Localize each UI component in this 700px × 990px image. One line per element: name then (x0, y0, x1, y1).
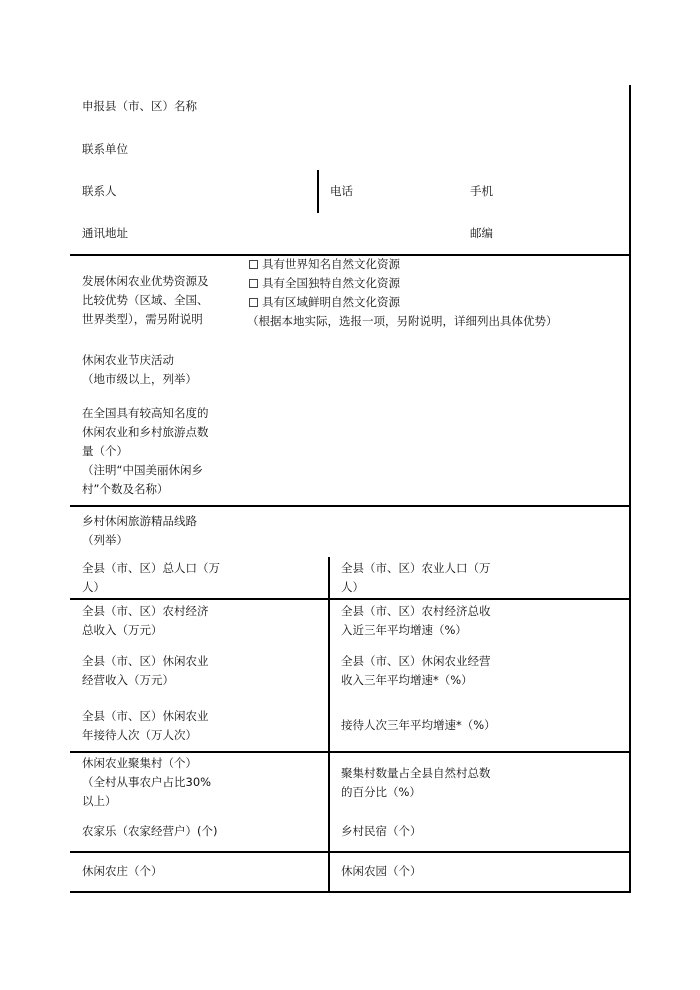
rural-income-label: 全县（市、区）农村经济 (82, 602, 209, 621)
phone-label: 电话 (330, 182, 353, 201)
leisure-income-label-2: 经营收入（万元） (82, 671, 174, 690)
checkbox-icon[interactable] (249, 279, 258, 288)
checkbox-icon[interactable] (249, 298, 258, 307)
cluster-pct-label-2: 的百分比（%） (341, 783, 421, 802)
checkbox-icon[interactable] (249, 260, 258, 269)
total-population-label-2: 人） (82, 578, 105, 597)
advantage-label-line: 比较优势（区域、全国、 (82, 291, 209, 310)
cluster-pct-label: 聚集村数量占全县自然村总数 (341, 764, 491, 783)
cluster-village-label: 休闲农业聚集村（个） (82, 754, 197, 773)
option-national-resource[interactable]: 具有全国独特自然文化资源 (249, 274, 558, 293)
mobile-label: 手机 (470, 182, 493, 201)
row-divider-2 (70, 505, 631, 507)
cluster-village-label-3: 以上） (82, 792, 117, 811)
advantage-label-line: 世界类型），需另附说明 (82, 310, 209, 329)
visitors-growth-label: 接待人次三年平均增速*（%） (341, 716, 496, 735)
option-label: 具有全国独特自然文化资源 (262, 276, 400, 290)
address-label: 通讯地址 (82, 224, 128, 243)
tourism-points-line: 休闲农业和乡村旅游点数 (82, 423, 209, 442)
advantage-options: 具有世界知名自然文化资源 具有全国独特自然文化资源 具有区域鲜明自然文化资源 （… (249, 255, 558, 331)
advantage-note: （根据本地实际，选报一项，另附说明，详细列出具体优势） (247, 312, 558, 331)
leisure-garden-label: 休闲农园（个） (341, 862, 422, 881)
visitors-label-2: 年接待人次（万人次） (82, 726, 197, 745)
routes-note: （列举） (82, 531, 128, 550)
table-right-border (629, 85, 631, 893)
option-label: 具有世界知名自然文化资源 (262, 257, 400, 271)
leisure-farm-label: 休闲农庄（个） (82, 862, 163, 881)
tourism-points-line: 村”个数及名称） (82, 480, 209, 499)
routes-label: 乡村休闲旅游精品线路 (82, 512, 197, 531)
contact-divider (317, 170, 319, 213)
tourism-points-line: 量（个） (82, 442, 209, 461)
contact-person-label: 联系人 (82, 182, 117, 201)
rural-growth-label: 全县（市、区）农村经济总收 (341, 602, 491, 621)
farmhouse-label: 农家乐（农家经营户）(个) (82, 822, 217, 841)
postcode-label: 邮编 (470, 224, 493, 243)
homestay-label: 乡村民宿（个） (341, 822, 422, 841)
leisure-income-label: 全县（市、区）休闲农业 (82, 652, 209, 671)
leisure-growth-label: 全县（市、区）休闲农业经营 (341, 652, 491, 671)
agri-population-label: 全县（市、区）农业人口（万 (341, 559, 491, 578)
festival-label: 休闲农业节庆活动 (82, 351, 174, 370)
total-population-label: 全县（市、区）总人口（万 (82, 559, 220, 578)
row-divider-5 (70, 851, 631, 853)
agri-population-label-2: 人） (341, 578, 364, 597)
county-name-label: 申报县（市、区）名称 (82, 97, 197, 116)
advantage-label-line: 发展休闲农业优势资源及 (82, 272, 209, 291)
cluster-village-label-2: （全村从事农户占比30% (82, 773, 211, 792)
option-label: 具有区域鲜明自然文化资源 (262, 295, 400, 309)
option-world-resource[interactable]: 具有世界知名自然文化资源 (249, 255, 558, 274)
row-divider-3 (70, 598, 631, 600)
table-bottom-border (70, 891, 631, 893)
option-regional-resource[interactable]: 具有区域鲜明自然文化资源 (249, 293, 558, 312)
center-column-divider (328, 557, 330, 892)
tourism-points-label: 在全国具有较高知名度的 休闲农业和乡村旅游点数 量（个） （注明“中国美丽休闲乡… (82, 404, 209, 499)
advantage-label: 发展休闲农业优势资源及 比较优势（区域、全国、 世界类型），需另附说明 (82, 272, 209, 329)
visitors-label: 全县（市、区）休闲农业 (82, 707, 209, 726)
tourism-points-line: （注明“中国美丽休闲乡 (82, 461, 209, 480)
tourism-points-line: 在全国具有较高知名度的 (82, 404, 209, 423)
leisure-growth-label-2: 收入三年平均增速*（%） (341, 671, 473, 690)
rural-growth-label-2: 入近三年平均增速（%） (341, 621, 467, 640)
rural-income-label-2: 总收入（万元） (82, 621, 163, 640)
festival-note: （地市级以上，列举） (82, 370, 197, 389)
row-divider-4 (70, 751, 631, 753)
contact-unit-label: 联系单位 (82, 140, 128, 159)
